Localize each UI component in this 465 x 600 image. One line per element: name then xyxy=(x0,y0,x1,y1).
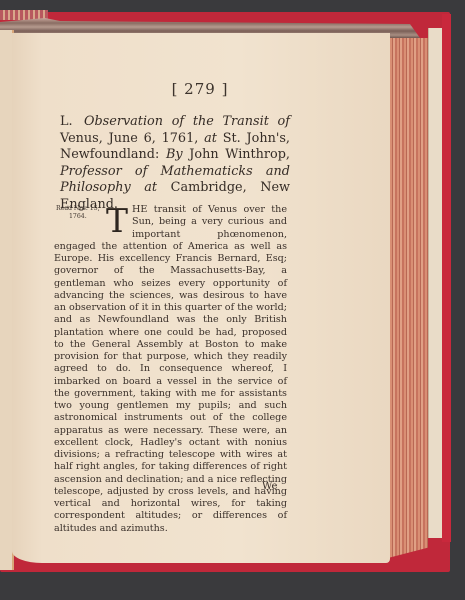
article-number: L. xyxy=(60,114,84,131)
title-part: John Winthrop, xyxy=(183,147,290,162)
endpaper xyxy=(428,28,443,538)
drop-cap: T xyxy=(106,207,128,234)
body-paragraph: THE transit of Venus over the Sun, being… xyxy=(54,204,287,535)
title-part: at xyxy=(204,131,217,146)
body-text: HE transit of Venus over the Sun, being … xyxy=(54,204,287,534)
page-number: [ 279 ] xyxy=(100,80,300,98)
book-photo: [ 279 ] L.Observation of the Transit of … xyxy=(0,0,465,600)
cover-right-edge xyxy=(442,14,451,542)
title-part: Observation of the Transit of xyxy=(84,114,290,129)
title-part: By xyxy=(166,147,183,162)
page-fore-edge xyxy=(388,38,428,558)
catchword: We xyxy=(262,481,277,492)
article-title: L.Observation of the Transit of Venus, J… xyxy=(60,114,290,213)
title-part: Venus, June 6, 1761, xyxy=(60,131,204,146)
